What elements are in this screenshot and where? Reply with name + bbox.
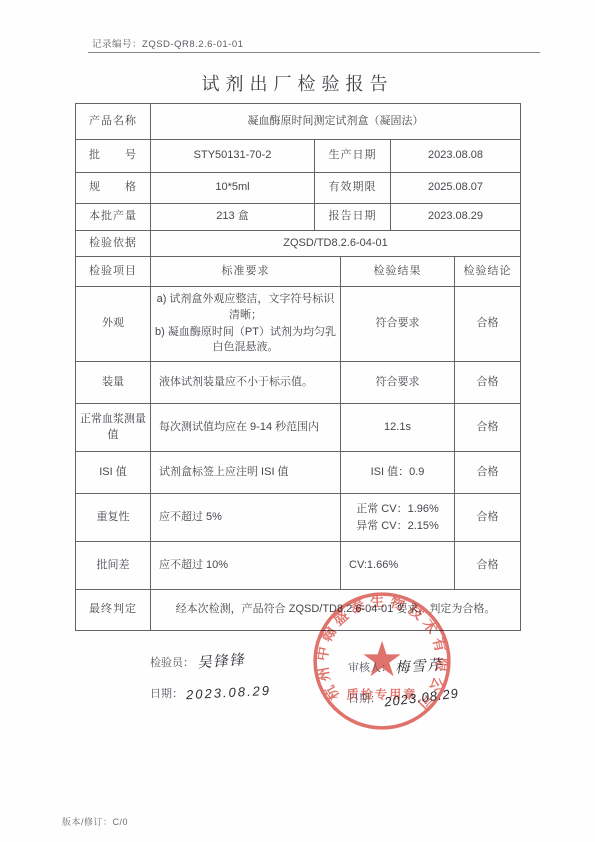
item-isi: ISI 值	[76, 452, 151, 493]
prod-date-label: 生产日期	[315, 140, 391, 172]
quantity-value: 213 盒	[151, 204, 315, 230]
batch-difference-result: CV:1.66%	[341, 542, 455, 589]
expiry-value: 2025.08.07	[391, 173, 520, 203]
reviewer-label: 审核人：	[348, 662, 392, 674]
appearance-req-b: b) 凝血酶原时间（PT）试剂为均匀乳白色混悬液。	[155, 325, 336, 357]
table-row-product: 产品名称 凝血酶原时间测定试剂盒（凝固法）	[76, 104, 520, 140]
table-row-normal-plasma: 正常血浆测量值 每次测试值均应在 9-14 秒范围内 12.1s 合格	[76, 404, 520, 452]
version-footer: 版本/修订：C/0	[62, 815, 128, 828]
report-date-label: 报告日期	[315, 204, 391, 230]
record-number: 记录编号：ZQSD-QR8.2.6-01-01	[92, 36, 243, 50]
appearance-result: 符合要求	[341, 287, 455, 361]
final-text: 经本次检测，产品符合 ZQSD/TD8.2.6-04-01 要求，判定为合格。	[151, 590, 520, 630]
product-name-value: 凝血酶原时间测定试剂盒（凝固法）	[151, 104, 520, 139]
table-row-batch-difference: 批间差 应不超过 10% CV:1.66% 合格	[76, 542, 520, 590]
col-header-item: 检验项目	[76, 257, 151, 286]
table-row-quantity: 本批产量 213 盒 报告日期 2023.08.29	[76, 204, 520, 231]
normal-plasma-conclusion: 合格	[455, 404, 520, 451]
report-page: 记录编号：ZQSD-QR8.2.6-01-01 试剂出厂检验报告 产品名称 凝血…	[0, 0, 595, 842]
appearance-conclusion: 合格	[455, 287, 520, 361]
reviewer-signature: 梅雪芹	[394, 653, 443, 677]
item-fill-volume: 装量	[76, 362, 151, 403]
repeatability-result: 正常 CV：1.96%异常 CV：2.15%	[341, 494, 455, 541]
page-title: 试剂出厂检验报告	[0, 70, 595, 96]
fill-volume-conclusion: 合格	[455, 362, 520, 403]
report-date-value: 2023.08.29	[391, 204, 520, 230]
quantity-label: 本批产量	[76, 204, 151, 230]
table-row-repeatability: 重复性 应不超过 5% 正常 CV：1.96%异常 CV：2.15% 合格	[76, 494, 520, 542]
table-row-isi: ISI 值 试剂盒标签上应注明 ISI 值 ISI 值：0.9 合格	[76, 452, 520, 494]
record-number-label: 记录编号：	[92, 39, 142, 50]
repeatability-result-normal: 正常 CV：1.96%	[356, 501, 439, 518]
table-row-final: 最终判定 经本次检测，产品符合 ZQSD/TD8.2.6-04-01 要求，判定…	[76, 590, 520, 630]
inspection-table: 产品名称 凝血酶原时间测定试剂盒（凝固法） 批 号 STY50131-70-2 …	[75, 103, 521, 631]
inspector-signature: 吴锋锋	[196, 648, 245, 672]
reviewer-date-label: 日期：	[348, 693, 381, 705]
expiry-label: 有效期限	[315, 173, 391, 203]
reviewer-date: 2023.08.29	[383, 685, 459, 709]
repeatability-conclusion: 合格	[455, 494, 520, 541]
prod-date-value: 2023.08.08	[391, 140, 520, 172]
table-row-batch: 批 号 STY50131-70-2 生产日期 2023.08.08	[76, 140, 520, 173]
table-row-appearance: 外观 a) 试剂盒外观应整洁，文字符号标识清晰；b) 凝血酶原时间（PT）试剂为…	[76, 287, 520, 362]
batch-difference-requirement: 应不超过 10%	[151, 542, 341, 589]
inspector-date-label: 日期：	[150, 688, 183, 700]
table-row-basis: 检验依据 ZQSD/TD8.2.6-04-01	[76, 231, 520, 257]
repeatability-requirement: 应不超过 5%	[151, 494, 341, 541]
fill-volume-result: 符合要求	[341, 362, 455, 403]
spec-label: 规 格	[76, 173, 151, 203]
inspector-date: 2023.08.29	[186, 683, 272, 702]
col-header-conclusion: 检验结论	[455, 257, 520, 286]
final-label: 最终判定	[76, 590, 151, 630]
table-row-spec: 规 格 10*5ml 有效期限 2025.08.07	[76, 173, 520, 204]
batch-difference-conclusion: 合格	[455, 542, 520, 589]
table-row-fill-volume: 装量 液体试剂装量应不小于标示值。 符合要求 合格	[76, 362, 520, 404]
inspector-label: 检验员：	[150, 657, 194, 669]
spec-value: 10*5ml	[151, 173, 315, 203]
appearance-req-a: a) 试剂盒外观应整洁，文字符号标识清晰；	[155, 292, 336, 324]
batch-value: STY50131-70-2	[151, 140, 315, 172]
record-number-value: ZQSD-QR8.2.6-01-01	[142, 39, 243, 50]
repeatability-result-abnormal: 异常 CV：2.15%	[356, 518, 439, 535]
item-batch-difference: 批间差	[76, 542, 151, 589]
col-header-requirement: 标准要求	[151, 257, 341, 286]
inspector-signature-block: 检验员：吴锋锋 日期：2023.08.29	[150, 650, 271, 715]
item-repeatability: 重复性	[76, 494, 151, 541]
basis-value: ZQSD/TD8.2.6-04-01	[151, 231, 520, 256]
appearance-requirement: a) 试剂盒外观应整洁，文字符号标识清晰；b) 凝血酶原时间（PT）试剂为均匀乳…	[155, 291, 336, 358]
isi-requirement: 试剂盒标签上应注明 ISI 值	[151, 452, 341, 493]
header-rule	[88, 52, 540, 53]
reviewer-signature-block: 审核人：梅雪芹 日期：2023.08.29	[348, 655, 459, 720]
product-name-label: 产品名称	[76, 104, 151, 139]
batch-label: 批 号	[76, 140, 151, 172]
item-appearance: 外观	[76, 287, 151, 361]
isi-result: ISI 值：0.9	[341, 452, 455, 493]
normal-plasma-result: 12.1s	[341, 404, 455, 451]
col-header-result: 检验结果	[341, 257, 455, 286]
table-header-row: 检验项目 标准要求 检验结果 检验结论	[76, 257, 520, 287]
normal-plasma-requirement: 每次测试值均应在 9-14 秒范围内	[151, 404, 341, 451]
fill-volume-requirement: 液体试剂装量应不小于标示值。	[151, 362, 341, 403]
basis-label: 检验依据	[76, 231, 151, 256]
isi-conclusion: 合格	[455, 452, 520, 493]
item-normal-plasma: 正常血浆测量值	[76, 404, 151, 451]
